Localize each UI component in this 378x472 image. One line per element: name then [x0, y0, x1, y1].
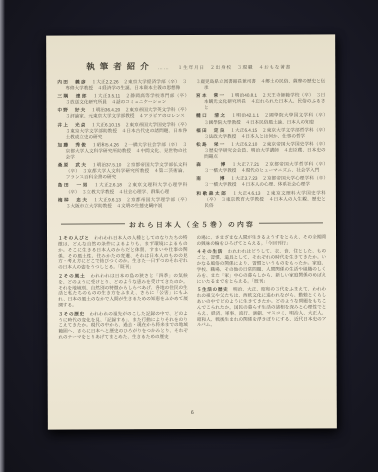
contributor-name: 樋口 清之 — [196, 113, 227, 118]
leader-dots: …… — [158, 65, 170, 71]
volume-lead: ５生活の歴史 — [197, 287, 229, 292]
contributor-entry: 森 博 １大正7.7.21 ２京都帝国大学哲学科（卒） ３一橋大学教授 ４現代の… — [196, 162, 326, 175]
contributor-entry: 宮本 常一 １明治40.8.1 ２天王寺師範学校（卒） ３日本観光文化研究所長 … — [196, 93, 326, 112]
contributor-entry: 中野 好夫 １明治36.4.20 ２東京帝国大学英文学科（卒） ３評論家、元東京… — [57, 107, 187, 120]
contributor-entry: 内田 義彦 １大正2.2.26 ２東京大学経済学部（卒） ３専修大学教授 ４経済… — [57, 79, 187, 92]
volume-description: １その人びと われわれ日本人の人種としてのなりたちの特徴は、どんな自然の条件によ… — [58, 234, 326, 343]
contributor-name: 森 博 — [196, 162, 227, 167]
field-legend: １生年月日 ２出身校 ３現職 ４おもな著書 — [178, 65, 291, 71]
contributor-name: 梅棹 忠夫 — [58, 197, 89, 202]
contributor-entry: 梅棹 忠夫 １大正9.6.13 ２京都帝国大学理学部（卒） ３大阪市立大学助教授… — [58, 197, 188, 210]
volume-lead: ２その風土 — [58, 273, 85, 278]
contributor-entry: 福田 定良 １大正6.4.15 ２東京大学文学部哲学科（卒） ３法政大学教授 ４… — [196, 127, 326, 140]
book-page: 執筆者紹介 …… １生年月日 ２出身校 ３現職 ４おもな著書 内田 義彦 １大正… — [46, 34, 337, 429]
volume-column-right: の場に、さまざまな人間が生きるようすをとらえ、その全期間の興味の輪をひろげてとら… — [197, 234, 327, 342]
volume-item: ３その歴史 われわれの祖先がのこした記録の中で、どのように時代の変化を見、「記録… — [58, 311, 188, 341]
contributor-entry: 和歌森太郎 １大正4.6.13 ２東京文理科大学国史学科（卒） ３東京教育大学教… — [196, 190, 326, 209]
contributor-entry: 三隅 達郎 １大正3.5.11 ２静岡高等学校専門部（卒） ３放送文化研究所員 … — [57, 93, 187, 106]
contributor-list: 内田 義彦 １大正2.2.26 ２東京大学経済学部（卒） ３専修大学教授 ４経済… — [57, 78, 326, 211]
photo-background: 執筆者紹介 …… １生年月日 ２出身校 ３現職 ４おもな著書 内田 義彦 １大正… — [0, 0, 378, 472]
contributor-entry: 樋口 清之 １明治42.1.1 ２國學院大學国文学科（卒） ３國學院大學教授 ４… — [196, 113, 326, 126]
contributor-name: 松島 栄一 — [196, 142, 226, 147]
contributor-name: 加藤 秀俊 — [58, 142, 88, 147]
contributor-entry: 井上 光貞 １大正6.10.15 ２東京帝国大学国史学科（卒） ３東京大学文学部… — [58, 122, 188, 141]
contributor-name: 南 博 — [196, 176, 226, 181]
contributor-name: 中野 好夫 — [57, 108, 86, 113]
contributor-entry: 松島 栄一 １大正6.2.10 ２東京帝国大学国史学科（卒） ３歴史学研究会会員… — [196, 141, 326, 160]
contributor-entry: 島田 一男 １大正2.6.18 ２東京文理科大学心理学科（卒） ３立教大学教授 … — [58, 182, 188, 195]
volume-lead: ４その生活 — [197, 249, 223, 254]
contributor-entry: 桑原 武夫 １明治37.5.10 ２京都帝国大学文学部仏文科（卒） ３京都大学人… — [58, 162, 188, 181]
contributor-column-right: ３鹿児島県立図書館長兼司書 ４郷土の民俗、薩摩の歴史と伝承 宮本 常一 １明治4… — [196, 78, 326, 210]
contributor-name: 内田 義彦 — [57, 79, 87, 84]
contributor-name: 和歌森太郎 — [196, 190, 227, 195]
page-title: 執筆者紹介 — [86, 60, 154, 72]
volume-item: ２その風土 われわれは日本の島の狭さと「四季」の気候を、どのように受けとり、どの… — [58, 273, 188, 309]
contributor-name: 宮本 常一 — [196, 93, 226, 98]
left-edge-strip — [0, 0, 5, 472]
heading-rule-left — [61, 224, 125, 225]
contributor-entry: 加藤 秀俊 １昭和5.4.26 ２一橋大学社会学部（卒） ３京都大学人文科学研究… — [58, 142, 188, 161]
contributor-name: 三隅 達郎 — [57, 94, 88, 99]
volume-column-left: １その人びと われわれ日本人の人種としてのなりたちの特徴は、どんな自然の条件によ… — [58, 235, 188, 343]
volume-item: ４その生活 われわれはどうして、衣、食、住とした、ものごと、習慣、道具として、そ… — [197, 249, 327, 285]
contributor-column-left: 内田 義彦 １大正2.2.26 ２東京大学経済学部（卒） ３専修大学教授 ４経済… — [57, 79, 187, 211]
contributor-name: 島田 一男 — [58, 183, 89, 188]
page-number: 6 — [48, 409, 337, 416]
page-header: 執筆者紹介 …… １生年月日 ２出身校 ３現職 ４おもな著書 — [86, 59, 325, 72]
volume-lead: １その人びと — [58, 235, 90, 240]
contributor-name: 桑原 武夫 — [58, 163, 88, 168]
volume-lead: ３その歴史 — [58, 311, 84, 316]
contributor-name: 福田 定良 — [196, 128, 226, 133]
section-title: おれら日本人（全５巻）の内容 — [129, 219, 255, 230]
contributor-entry: 南 博 １大正3.7.23 ２京都帝国大学心理学科（卒） ３一橋大学教授 ４日本… — [196, 176, 326, 189]
volume-intro: の場に、さまざまな人間が生きるようすをとらえ、その全期間の興味の輪をひろげてとら… — [197, 234, 327, 246]
contributor-continuation: ３鹿児島県立図書館長兼司書 ４郷土の民俗、薩摩の歴史と伝承 — [196, 78, 326, 91]
volume-item: １その人びと われわれ日本人の人種としてのなりたちの特徴は、どんな自然の条件によ… — [58, 235, 188, 271]
volume-item: ５生活の歴史 明治、大正、昭和の３代をふまえて、われわれの祖父や父たちは、西欧文… — [197, 286, 327, 328]
volume-text: 明治、大正、昭和の３代をふまえて、われわれの祖父や父たちは、西欧文化に追われなが… — [197, 286, 327, 327]
section-heading: おれら日本人（全５巻）の内容 — [61, 218, 323, 229]
heading-rule-right — [259, 223, 323, 224]
contributor-name: 井上 光貞 — [58, 122, 87, 127]
